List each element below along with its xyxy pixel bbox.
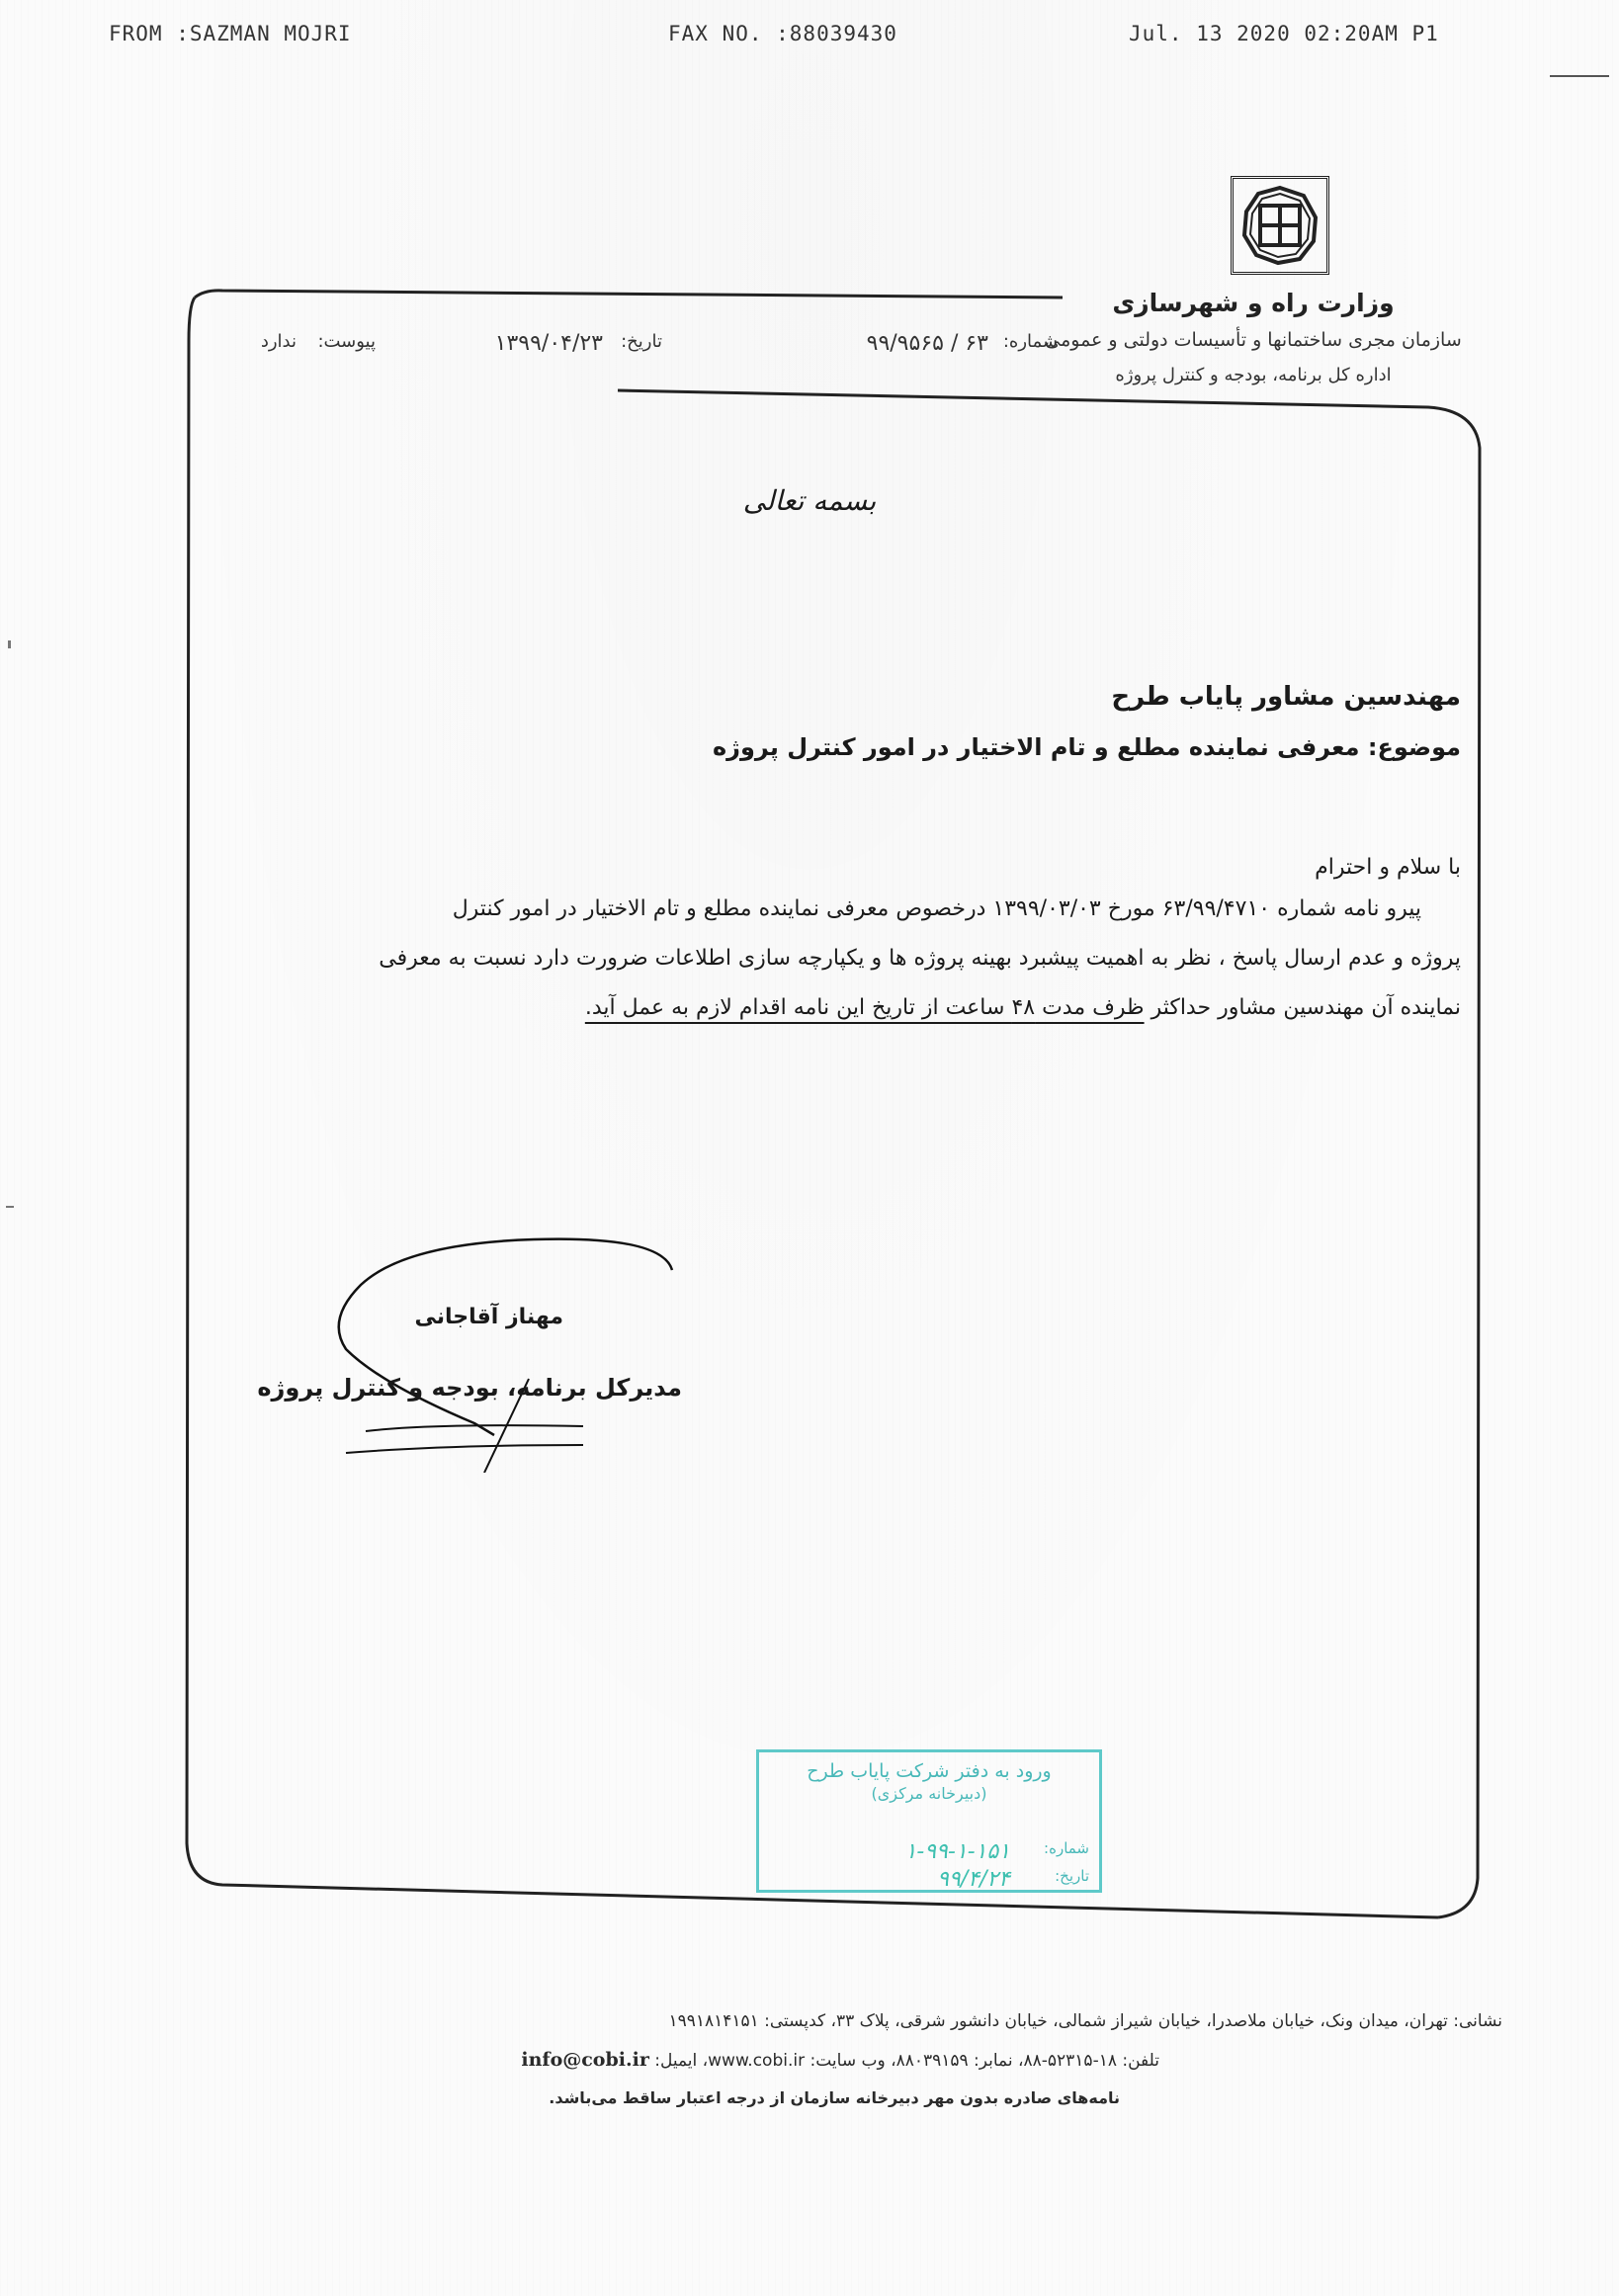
letter-date: ۱۳۹۹/۰۴/۲۳ bbox=[495, 331, 603, 356]
receipt-stamp: ورود به دفتر شرکت پایاب طرح (دبیرخانه مر… bbox=[756, 1749, 1102, 1893]
letter-body: پیرو نامه شماره ۶۳/۹۹/۴۷۱۰ مورخ ۱۳۹۹/۰۳/… bbox=[176, 885, 1461, 1033]
signatory-name: مهناز آقاجانی bbox=[414, 1305, 563, 1329]
footer-email: info@cobi.ir bbox=[521, 2049, 648, 2071]
body-line: نماینده آن مهندسین مشاور حداکثر ظرف مدت … bbox=[176, 983, 1461, 1033]
fax-number: FAX NO. :88039430 bbox=[668, 22, 897, 45]
footer-disclaimer: نامه‌های صادره بدون مهر دبیرخانه سازمان … bbox=[549, 2088, 1120, 2107]
footer-contact: تلفن: ۱۸-۵۲۳۱۵-۸۸، نمابر: ۸۸۰۳۹۱۵۹، وب س… bbox=[521, 2049, 1159, 2071]
scan-mark bbox=[6, 1206, 14, 1208]
body-line: پروژه و عدم ارسال پاسخ ، نظر به اهمیت پی… bbox=[176, 934, 1461, 983]
number-label: شماره: bbox=[1003, 331, 1058, 352]
fax-header: FROM :SAZMAN MOJRI FAX NO. :88039430 Jul… bbox=[0, 22, 1619, 51]
stamp-number-value: ۱-۹۹-۱-۱۵۱ bbox=[904, 1839, 1010, 1864]
footer-address: نشانی: تهران، میدان ونک، خیابان ملاصدرا،… bbox=[668, 2011, 1502, 2031]
edge-rule bbox=[1550, 75, 1609, 77]
letter-frame bbox=[153, 282, 1488, 1952]
agency-name: سازمان مجری ساختمانها و تأسیسات دولتی و … bbox=[996, 329, 1510, 351]
letter-meta: شماره: ۶۳ / ۹۹/۹۵۶۵ تاریخ: ۱۳۹۹/۰۴/۲۳ پی… bbox=[217, 331, 1058, 361]
stamp-date-row: تاریخ: ۹۹/۴/۲۴ bbox=[1038, 1867, 1089, 1885]
stamp-date-value: ۹۹/۴/۲۴ bbox=[937, 1867, 1010, 1892]
department-name: اداره کل برنامه، بودجه و کنترل پروژه bbox=[996, 365, 1510, 385]
ministry-name: وزارت راه و شهرسازی bbox=[996, 289, 1510, 317]
recipient: مهندسین مشاور پایاب طرح bbox=[1111, 682, 1461, 712]
subject-line: موضوع: معرفی نماینده مطلع و تام الاختیار… bbox=[713, 733, 1461, 761]
date-label: تاریخ: bbox=[621, 331, 662, 352]
deadline-highlight: ظرف مدت ۴۸ ساعت از تاریخ این نامه اقدام … bbox=[585, 995, 1145, 1020]
body-line: پیرو نامه شماره ۶۳/۹۹/۴۷۱۰ مورخ ۱۳۹۹/۰۳/… bbox=[176, 885, 1461, 934]
greeting: با سلام و احترام bbox=[1315, 855, 1461, 880]
attachment-value: ندارد bbox=[261, 331, 297, 352]
basmala: بسمه تعالی bbox=[0, 484, 1619, 517]
stamp-title: ورود به دفتر شرکت پایاب طرح bbox=[759, 1760, 1099, 1782]
scan-mark bbox=[8, 640, 11, 648]
fax-from: FROM :SAZMAN MOJRI bbox=[109, 22, 352, 45]
stamp-number-row: شماره: ۱-۹۹-۱-۱۵۱ bbox=[1038, 1839, 1089, 1857]
signature-block: مهناز آقاجانی مدیرکل برنامه، بودجه و کنت… bbox=[287, 1226, 702, 1473]
footer-contact-text: تلفن: ۱۸-۵۲۳۱۵-۸۸، نمابر: ۸۸۰۳۹۱۵۹، وب س… bbox=[649, 2051, 1159, 2071]
stamp-subtitle: (دبیرخانه مرکزی) bbox=[759, 1784, 1099, 1803]
fax-datetime: Jul. 13 2020 02:20AM P1 bbox=[1129, 22, 1439, 45]
body-line-part: نماینده آن مهندسین مشاور حداکثر bbox=[1151, 995, 1461, 1020]
signature-scribble-icon bbox=[287, 1226, 702, 1473]
letterhead: وزارت راه و شهرسازی سازمان مجری ساختمانه… bbox=[996, 289, 1510, 385]
stamp-number-label: شماره: bbox=[1038, 1839, 1089, 1857]
attachment-label: پیوست: bbox=[317, 331, 376, 352]
letter-number: ۶۳ / ۹۹/۹۵۶۵ bbox=[867, 331, 988, 356]
ministry-emblem-icon bbox=[1231, 176, 1329, 275]
stamp-date-label: تاریخ: bbox=[1038, 1867, 1089, 1885]
signatory-title: مدیرکل برنامه، بودجه و کنترل پروژه bbox=[257, 1374, 682, 1402]
